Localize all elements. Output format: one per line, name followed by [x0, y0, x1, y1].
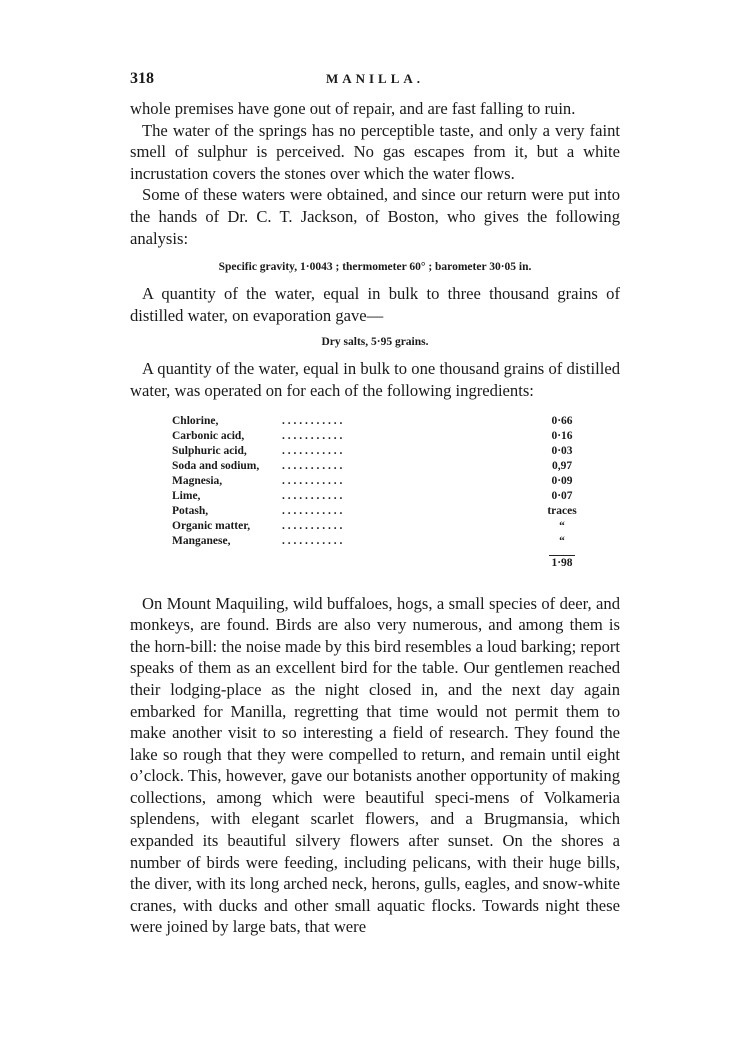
ingredient-name: Sulphuric acid, — [172, 444, 282, 459]
ingredient-name: Carbonic acid, — [172, 429, 282, 444]
ingredient-name: Manganese, — [172, 534, 282, 549]
ingredient-value: 0·66 — [542, 414, 582, 429]
paragraph-ruin: whole premises have gone out of repair, … — [130, 98, 620, 120]
leader-dots: . . . . . . . . . . . — [282, 429, 542, 444]
table-row: Sulphuric acid, . . . . . . . . . . . 0·… — [172, 444, 582, 459]
leader-dots: . . . . . . . . . . . — [282, 444, 542, 459]
leader-dots: . . . . . . . . . . . — [282, 534, 542, 549]
ingredient-name: Lime, — [172, 489, 282, 504]
page-header: 318 MANILLA. — [130, 68, 620, 92]
running-head: MANILLA. — [130, 71, 620, 87]
ingredient-value: traces — [542, 504, 582, 519]
paragraph-evaporation: A quantity of the water, equal in bulk t… — [130, 283, 620, 326]
table-row: Potash, . . . . . . . . . . . traces — [172, 504, 582, 519]
leader-dots: . . . . . . . . . . . — [282, 519, 542, 534]
table-row: Magnesia, . . . . . . . . . . . 0·09 — [172, 474, 582, 489]
ingredient-name: Soda and sodium, — [172, 459, 282, 474]
table-row: Lime, . . . . . . . . . . . 0·07 — [172, 489, 582, 504]
total-value: 1·98 — [542, 556, 582, 571]
ingredient-name: Chlorine, — [172, 414, 282, 429]
ingredient-value: 0,97 — [542, 459, 582, 474]
ingredient-value: 0·03 — [542, 444, 582, 459]
table-row: Organic matter, . . . . . . . . . . . “ — [172, 519, 582, 534]
ingredient-value: 0·07 — [542, 489, 582, 504]
book-page: 318 MANILLA. whole premises have gone ou… — [130, 68, 620, 938]
table-row: Chlorine, . . . . . . . . . . . 0·66 — [172, 414, 582, 429]
paragraph-springs: The water of the springs has no percepti… — [130, 120, 620, 185]
paragraph-mount-maquiling: On Mount Maquiling, wild buffaloes, hogs… — [130, 593, 620, 939]
ingredient-value: 0·16 — [542, 429, 582, 444]
ingredient-value: 0·09 — [542, 474, 582, 489]
leader-dots: . . . . . . . . . . . — [282, 459, 542, 474]
leader-dots: . . . . . . . . . . . — [282, 414, 542, 429]
total-row: 1·98 — [172, 549, 582, 571]
table-row: Manganese, . . . . . . . . . . . “ — [172, 534, 582, 549]
ingredient-value: “ — [542, 534, 582, 549]
table-row: Carbonic acid, . . . . . . . . . . . 0·1… — [172, 429, 582, 444]
dry-salts-line: Dry salts, 5·95 grains. — [130, 336, 620, 348]
ingredient-value: “ — [542, 519, 582, 534]
paragraph-analysis-intro: Some of these waters were obtained, and … — [130, 184, 620, 249]
table-row: Soda and sodium, . . . . . . . . . . . 0… — [172, 459, 582, 474]
specific-gravity-line: Specific gravity, 1·0043 ; thermometer 6… — [130, 261, 620, 273]
total-cell: 1·98 — [542, 549, 582, 571]
ingredient-name: Organic matter, — [172, 519, 282, 534]
ingredient-name: Magnesia, — [172, 474, 282, 489]
leader-dots: . . . . . . . . . . . — [282, 489, 542, 504]
leader-dots: . . . . . . . . . . . — [282, 504, 542, 519]
analysis-table: Chlorine, . . . . . . . . . . . 0·66 Car… — [172, 414, 582, 571]
ingredient-name: Potash, — [172, 504, 282, 519]
leader-dots: . . . . . . . . . . . — [282, 474, 542, 489]
paragraph-ingredients: A quantity of the water, equal in bulk t… — [130, 358, 620, 401]
